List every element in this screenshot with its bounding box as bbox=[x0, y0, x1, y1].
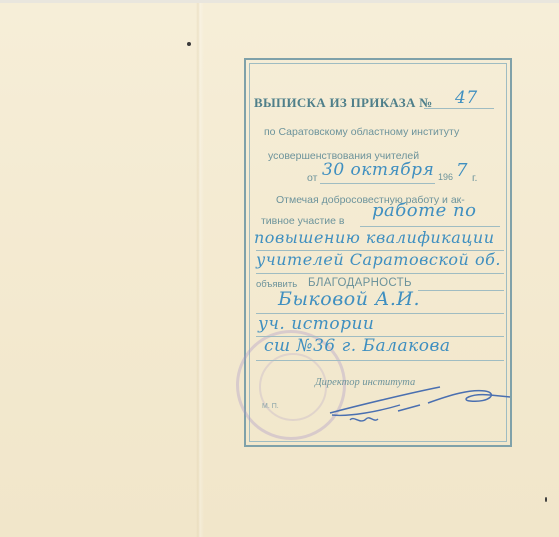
recipient-position: уч. истории bbox=[258, 314, 374, 334]
participation-handwritten-1: работе по bbox=[372, 200, 476, 221]
title-text: ВЫПИСКА ИЗ ПРИКАЗА № bbox=[254, 95, 433, 110]
participation-handwritten-3: учителей Саратовской об. bbox=[256, 250, 501, 269]
order-number-line bbox=[424, 108, 494, 109]
institute-line: по Саратовскому областному институту bbox=[264, 126, 459, 138]
year-handwritten: 7 bbox=[456, 160, 468, 181]
recipient-name: Быковой А.И. bbox=[278, 288, 420, 310]
gratitude-line bbox=[418, 290, 504, 291]
participation-line-1 bbox=[360, 226, 500, 227]
year-prefix: 196 bbox=[438, 172, 453, 182]
order-number: 47 bbox=[455, 88, 478, 108]
recipient-line-3 bbox=[256, 360, 504, 361]
year-suffix: г. bbox=[472, 172, 477, 184]
punch-hole bbox=[187, 42, 191, 46]
document-title: ВЫПИСКА ИЗ ПРИКАЗА № bbox=[254, 95, 433, 111]
participation-handwritten-2: повышению квалификации bbox=[254, 228, 495, 247]
paper-mark bbox=[545, 497, 547, 502]
recipient-school: сш №36 г. Балакова bbox=[264, 336, 451, 356]
date-handwritten: 30 октября bbox=[322, 160, 434, 180]
paper-top-edge bbox=[0, 0, 559, 3]
stamp-place-mark: М. П. bbox=[262, 403, 279, 410]
director-signature-icon bbox=[320, 375, 520, 435]
date-line bbox=[320, 183, 435, 184]
participation-prefix: тивное участие в bbox=[261, 215, 344, 227]
date-prefix: от bbox=[307, 172, 317, 184]
participation-line-3 bbox=[256, 273, 504, 274]
